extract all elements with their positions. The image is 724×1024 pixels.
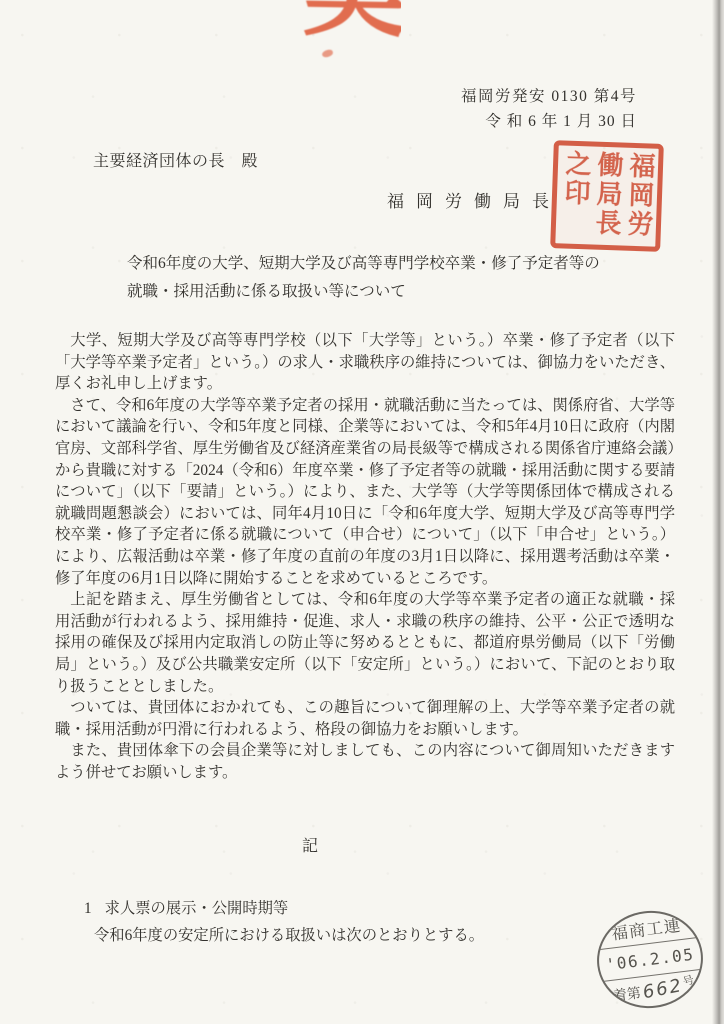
subject-title: 令和6年度の大学、短期大学及び高等専門学校卒業・修了予定者等の 就職・採用活動に… — [127, 250, 667, 305]
body-paragraph: 上記を踏まえ、厚生労働省としては、令和6年度の大学等卒業予定者の適正な就職・採用… — [55, 589, 675, 697]
document-date: 令 和 6 年 1 月 30 日 — [485, 109, 637, 131]
receipt-ref-prefix: 着第 — [612, 982, 642, 1005]
sender-name: 福岡労働局長 — [387, 187, 561, 212]
subject-title-line2: 就職・採用活動に係る取扱い等について — [127, 278, 667, 306]
body-paragraph: 大学、短期大学及び高等専門学校（以下「大学等」という。）卒業・修了予定者（以下「… — [55, 330, 675, 395]
letter-body: 大学、短期大学及び高等専門学校（以下「大学等」という。）卒業・修了予定者（以下「… — [55, 330, 675, 783]
subject-title-line1: 令和6年度の大学、短期大学及び高等専門学校卒業・修了予定者等の — [127, 250, 667, 278]
section1-heading: 求人票の展示・公開時期等 — [105, 900, 289, 917]
scanned-letter-page: 契 福岡労発安 0130 第4号 令 和 6 年 1 月 30 日 主要経済団体… — [0, 0, 724, 1024]
body-paragraph: ついては、貴団体におかれても、この趣旨について御理解の上、大学等卒業予定者の就職… — [55, 697, 675, 740]
section1-number: 1 — [84, 900, 92, 917]
section1-heading-line: 1求人票の展示・公開時期等 — [84, 896, 288, 918]
receipt-ref-number: 662 — [641, 975, 685, 1003]
body-paragraph: さて、令和6年度の大学等卒業予定者の採用・就職活動に当たっては、関係府省、大学等… — [55, 395, 675, 589]
red-stamp-glyph: 契 — [303, 0, 401, 44]
top-partial-red-stamp: 契 — [303, 0, 401, 44]
addressee: 主要経済団体の長 殿 — [93, 148, 258, 171]
official-seal-text: 福岡労働局長之印 — [557, 149, 656, 242]
scan-edge-shadow — [712, 0, 724, 1024]
notation-marker: 記 — [302, 833, 318, 856]
body-paragraph: また、貴団体傘下の会員企業等に対しましても、この内容について御周知いただきますよ… — [55, 740, 675, 783]
receipt-date-stamp: 福商工連 '06.2.05 着第662号 — [591, 905, 708, 1014]
section1-body: 令和6年度の安定所における取扱いは次のとおりとする。 — [94, 923, 484, 945]
document-number: 福岡労発安 0130 第4号 — [461, 84, 637, 106]
official-red-seal: 福岡労働局長之印 — [550, 140, 664, 252]
red-ink-speck — [321, 49, 333, 58]
